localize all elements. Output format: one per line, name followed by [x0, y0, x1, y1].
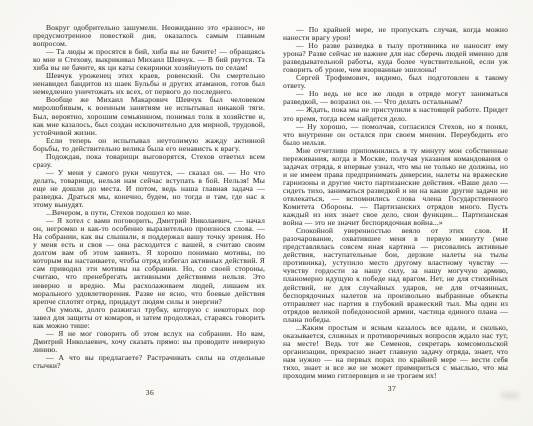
paragraph: — По крайней мере, не пропускать случая,… [283, 26, 508, 42]
paragraph: — Та люды ж просятся в бий, хиба вы не б… [33, 48, 265, 72]
paragraph: Мне отчетливо припомнились в ту минуту м… [283, 147, 508, 227]
right-page-text: — По крайней мере, не пропускать случая,… [283, 26, 508, 380]
paragraph: — Ждать, пока мы не приступили к настоящ… [283, 106, 508, 122]
left-page-text: Вокруг одобрительно зашумели. Неожиданно… [33, 24, 265, 370]
paragraph: Сергей Трофимович, видимо, был подготовл… [283, 74, 508, 90]
right-page: — По крайней мере, не пропускать случая,… [283, 26, 508, 380]
paragraph: — Я хотел с вами поговорить, Дмитрий Ник… [33, 217, 265, 306]
paragraph: Спокойной уверенностью веяло от этих сло… [283, 227, 508, 324]
paragraph: — Но ведь не все же люди в отряде могут … [283, 90, 508, 106]
paragraph: — Но разве разведка в тылу противника не… [283, 42, 508, 74]
paragraph: Вокруг одобрительно зашумели. Неожиданно… [33, 24, 265, 48]
paragraph: Он умолк, долго разжигал трубку, которую… [33, 306, 265, 330]
left-page: Вокруг одобрительно зашумели. Неожиданно… [33, 24, 265, 370]
page-number-right: 37 [352, 384, 432, 393]
paragraph: — А что вы предлагаете? Растрачивать сил… [33, 354, 265, 370]
paragraph: Если теперь он испытывал неутолимую жажд… [33, 137, 265, 153]
paragraph: — У меня у самого руки чешутся, — сказал… [33, 169, 265, 209]
paragraph: ...Каким простым и ясным казалось все вд… [283, 324, 508, 380]
scan-smudge [500, 392, 520, 399]
paragraph: — Ну хорошо, — помолчав, согласился Стех… [283, 123, 508, 147]
paragraph: — Я не мог говорить об этом вслух на соб… [33, 330, 265, 354]
paragraph: Шевчук уроженец этих краев, ровенский. О… [33, 72, 265, 96]
paragraph: Подождав, пока товарищи выговорятся, Сте… [33, 153, 265, 169]
paragraph: Вообще же Михаил Макарович Шевчук был че… [33, 96, 265, 136]
page-number-left: 36 [110, 388, 190, 397]
